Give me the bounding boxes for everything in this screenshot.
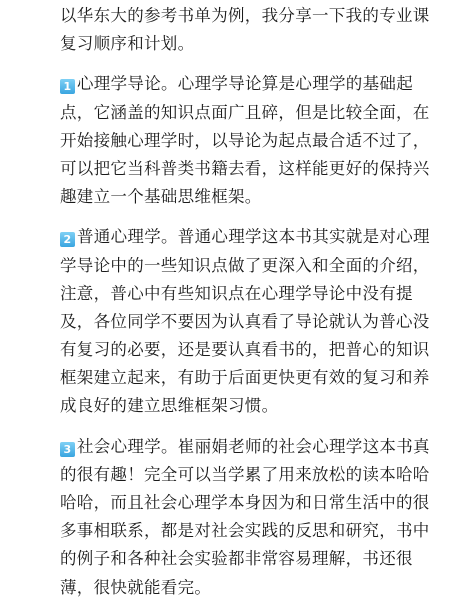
text-line: 3社会心理学。崔丽娟老师的社会心理学这本书真 [60,433,405,461]
text-line: 成良好的建立思维框架习惯。 [60,392,405,420]
text-line: 及，各位同学不要因为认真看了导论就认为普心没 [60,308,405,336]
section-social-psychology: 3社会心理学。崔丽娟老师的社会心理学这本书真 的很有趣！完全可以当学累了用来放松… [60,433,405,600]
keycap-1-icon: 1 [60,79,75,94]
text-line: 薄，很快就能看完。 [60,574,405,600]
text-line: 1心理学导论。心理学导论算是心理学的基础起 [60,70,405,98]
text-line: 复习顺序和计划。 [60,30,405,58]
text-line: 以华东大的参考书单为例，我分享一下我的专业课 [60,2,405,30]
text-line: 的很有趣！完全可以当学累了用来放松的读本哈哈 [60,461,405,489]
section-psychology-intro: 1心理学导论。心理学导论算是心理学的基础起 点，它涵盖的知识点面广且碎，但是比较… [60,70,405,211]
text-line: 2普通心理学。普通心理学这本书其实就是对心理 [60,223,405,251]
text-line: 框架建立起来，有助于后面更快更有效的复习和养 [60,364,405,392]
section-title-line: 社会心理学。崔丽娟老师的社会心理学这本书真 [77,437,430,456]
section-general-psychology: 2普通心理学。普通心理学这本书其实就是对心理 学导论中的一些知识点做了更深入和全… [60,223,405,420]
text-line: 趣建立一个基础思维框架。 [60,183,405,211]
text-line: 有复习的必要，还是要认真看书的，把普心的知识 [60,336,405,364]
section-title-line: 普通心理学。普通心理学这本书其实就是对心理 [77,227,430,246]
text-line: 开始接触心理学时，以导论为起点最合适不过了， [60,127,405,155]
keycap-2-icon: 2 [60,232,75,247]
text-line: 可以把它当科普类书籍去看，这样能更好的保持兴 [60,155,405,183]
document-body: 以华东大的参考书单为例，我分享一下我的专业课 复习顺序和计划。 1心理学导论。心… [60,0,405,600]
text-line: 的例子和各种社会实验都非常容易理解，书还很 [60,545,405,573]
text-line: 点，它涵盖的知识点面广且碎，但是比较全面，在 [60,99,405,127]
text-line: 注意，普心中有些知识点在心理学导论中没有提 [60,280,405,308]
section-title-line: 心理学导论。心理学导论算是心理学的基础起 [77,74,413,93]
text-line: 学导论中的一些知识点做了更深入和全面的介绍， [60,252,405,280]
text-line: 哈哈，而且社会心理学本身因为和日常生活中的很 [60,489,405,517]
intro-paragraph: 以华东大的参考书单为例，我分享一下我的专业课 复习顺序和计划。 [60,2,405,58]
text-line: 多事相联系，都是对社会实践的反思和研究，书中 [60,517,405,545]
keycap-3-icon: 3 [60,442,75,457]
